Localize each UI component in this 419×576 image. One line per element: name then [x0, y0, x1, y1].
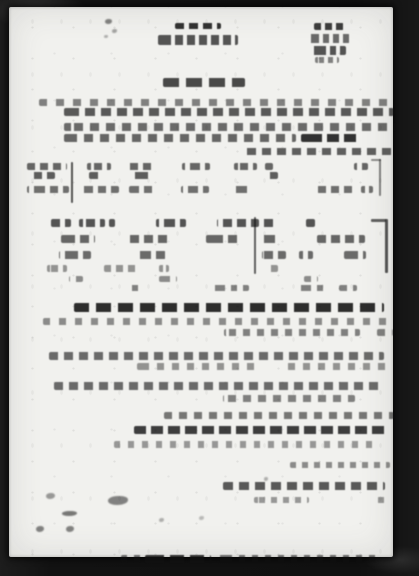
bracket-b-mid	[254, 217, 256, 274]
bracket-a-right-serif	[371, 159, 381, 161]
footer-line-text	[219, 555, 381, 562]
bracket-b-right	[385, 219, 388, 273]
text-layer	[9, 7, 393, 557]
footer-line	[9, 7, 393, 557]
bracket-b-right-serif	[371, 219, 386, 222]
bracket-a-left	[71, 162, 73, 203]
scan-frame: Illegible low-resolution scan of a typew…	[0, 0, 419, 576]
bracket-a-right	[379, 159, 381, 196]
footer-line-text	[145, 555, 211, 563]
footer-line-text	[121, 555, 143, 562]
document-page: Illegible low-resolution scan of a typew…	[9, 7, 393, 557]
